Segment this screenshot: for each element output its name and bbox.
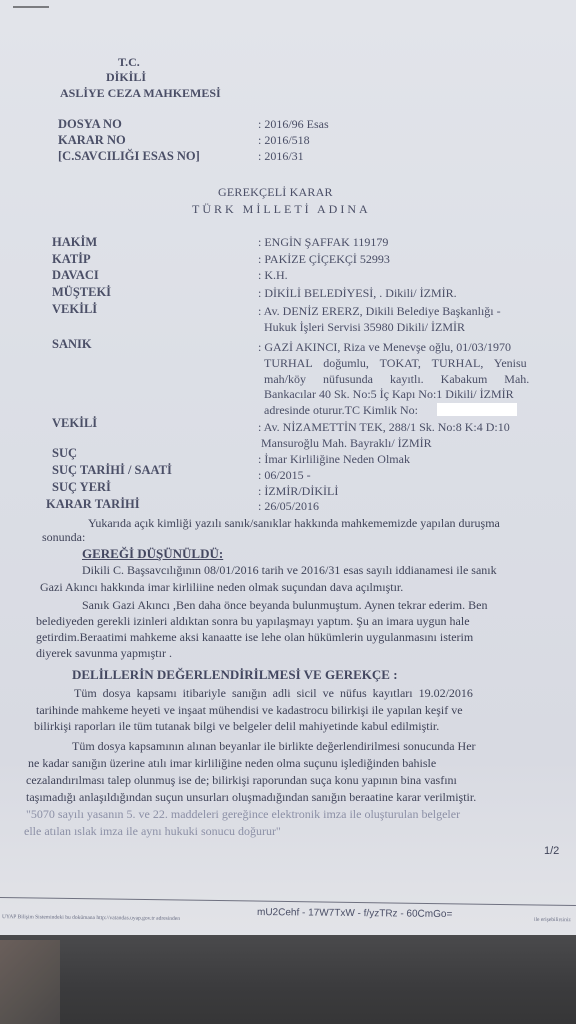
para2-line2: belediyeden gerekli izinleri aldıktan so… [36,614,470,628]
hakim-value: : ENGİN ŞAFFAK 119179 [258,235,388,249]
davaci-label: DAVACI [52,268,99,282]
vekili2-label: VEKİLİ [52,416,97,430]
vekili2-line1: : Av. NİZAMETTİN TEK, 288/1 Sk. No:8 K:4… [258,420,510,434]
para4-line2: ne kadar sanığın üzerine atılı imar kirl… [28,756,436,770]
para2-line1: Sanık Gazi Akıncı ,Ben daha önce beyanda… [82,598,487,612]
sanik-line3: mah/köy nüfusunda kayıtlı. Kabakum Mah. [264,372,529,386]
sanik-line2: TURHAL doğumlu, TOKAT, TURHAL, Yenisu [264,356,527,370]
savcilik-no-label: [C.SAVCILIĞI ESAS NO] [58,149,200,163]
para4-line4: taşımadığı anlaşıldığından suçun unsurla… [26,790,476,804]
doc-title: GEREKÇELİ KARAR [218,185,333,199]
header-court: ASLİYE CEZA MAHKEMESİ [60,86,221,100]
sanik-line4: Bankacılar 40 Sk. No:5 İç Kapı No:1 Diki… [264,387,514,401]
header-tc: T.C. [118,55,140,69]
sanik-line1: : GAZİ AKINCI, Riza ve Menevşe oğlu, 01/… [258,340,511,354]
esign-note-line2: elle atılan ıslak imza ile aynı hukuki s… [24,824,281,838]
para1-line1: Dikili C. Başsavcılığının 08/01/2016 tar… [82,563,497,577]
section-gereği-dusunuldu: GEREĞİ DÜŞÜNÜLDÜ: [82,547,223,561]
suc-tarihi-label: SUÇ TARİHİ / SAATİ [52,463,172,477]
katip-value: : PAKİZE ÇİÇEKÇİ 52993 [258,252,390,266]
karar-tarihi-label: KARAR TARİHİ [46,497,140,511]
suc-label: SUÇ [52,446,77,460]
page-number: 1/2 [544,844,559,858]
vekili1-line1: : Av. DENİZ ERERZ, Dikili Belediye Başka… [258,304,501,318]
para3-line1: Tüm dosya kapsamı itibariyle sanığın adl… [74,686,473,700]
para2-line4: diyerek savunma yapmıştır . [36,646,172,660]
intro-line2: sonunda: [42,530,85,544]
para3-line2: tarihinde mahkeme heyeti ve inşaat mühen… [36,703,463,717]
vekili1-line2: Hukuk İşleri Servisi 35980 Dikili/ İZMİR [264,320,465,334]
para2-line3: getirdim.Beraatimi mahkeme aksi kanaatte… [36,630,473,644]
dosya-no-value: : 2016/96 Esas [258,117,329,131]
musteki-label: MÜŞTEKİ [52,285,111,299]
redacted-tc-number [437,403,517,416]
footer-prefix: UYAP Bilişim Sistemindeki bu dokümana ht… [2,910,180,926]
para3-line3: bilirkişi raporları ile tüm tutanak bilg… [34,719,439,733]
footer-verification-code: mU2Cehf - 17W7TxW - f/yzTRz - 60CmGo= [257,906,452,922]
para4-line1: Tüm dosya kapsamının alınan beyanlar ile… [72,739,476,753]
scan-mark [13,6,49,8]
davaci-value: : K.H. [258,268,288,282]
sanik-line5: adresinde oturur.TC Kimlik No: [264,403,418,417]
karar-no-value: : 2016/518 [258,133,310,147]
footer-suffix: ile erişebilirsiniz [534,913,571,927]
background-surface [0,935,576,1024]
savcilik-no-value: : 2016/31 [258,149,304,163]
dosya-no-label: DOSYA NO [58,117,122,131]
section-deliller: DELİLLERİN DEĞERLENDİRİLMESİ VE GEREKÇE … [72,668,398,682]
karar-tarihi-value: : 26/05/2016 [258,499,319,513]
para4-line3: cezalandırılması talep olunmuş ise de; b… [26,773,457,787]
suc-tarihi-value: : 06/2015 - [258,468,311,482]
sanik-label: SANIK [52,337,92,351]
suc-value: : İmar Kirliliğine Neden Olmak [258,452,410,466]
musteki-value: : DİKİLİ BELEDİYESİ, . Dikili/ İZMİR. [258,286,457,300]
vekili2-line2: Mansuroğlu Mah. Bayraklı/ İZMİR [261,436,432,450]
katip-label: KATİP [52,252,91,266]
header-city: DİKİLİ [106,70,146,84]
para1-line2: Gazi Akıncı hakkında imar kirliliine ned… [40,580,403,594]
suc-yeri-label: SUÇ YERİ [52,480,111,494]
vekili1-label: VEKİLİ [52,302,97,316]
intro-line1: Yukarıda açık kimliği yazılı sanık/sanık… [88,516,500,530]
karar-no-label: KARAR NO [58,133,126,147]
hakim-label: HAKİM [52,235,97,249]
background-object [0,940,60,1024]
doc-subtitle: TÜRK MİLLETİ ADINA [192,202,371,216]
esign-note-line1: "5070 sayılı yasanın 5. ve 22. maddeleri… [26,807,460,821]
suc-yeri-value: : İZMİR/DİKİLİ [258,484,338,498]
